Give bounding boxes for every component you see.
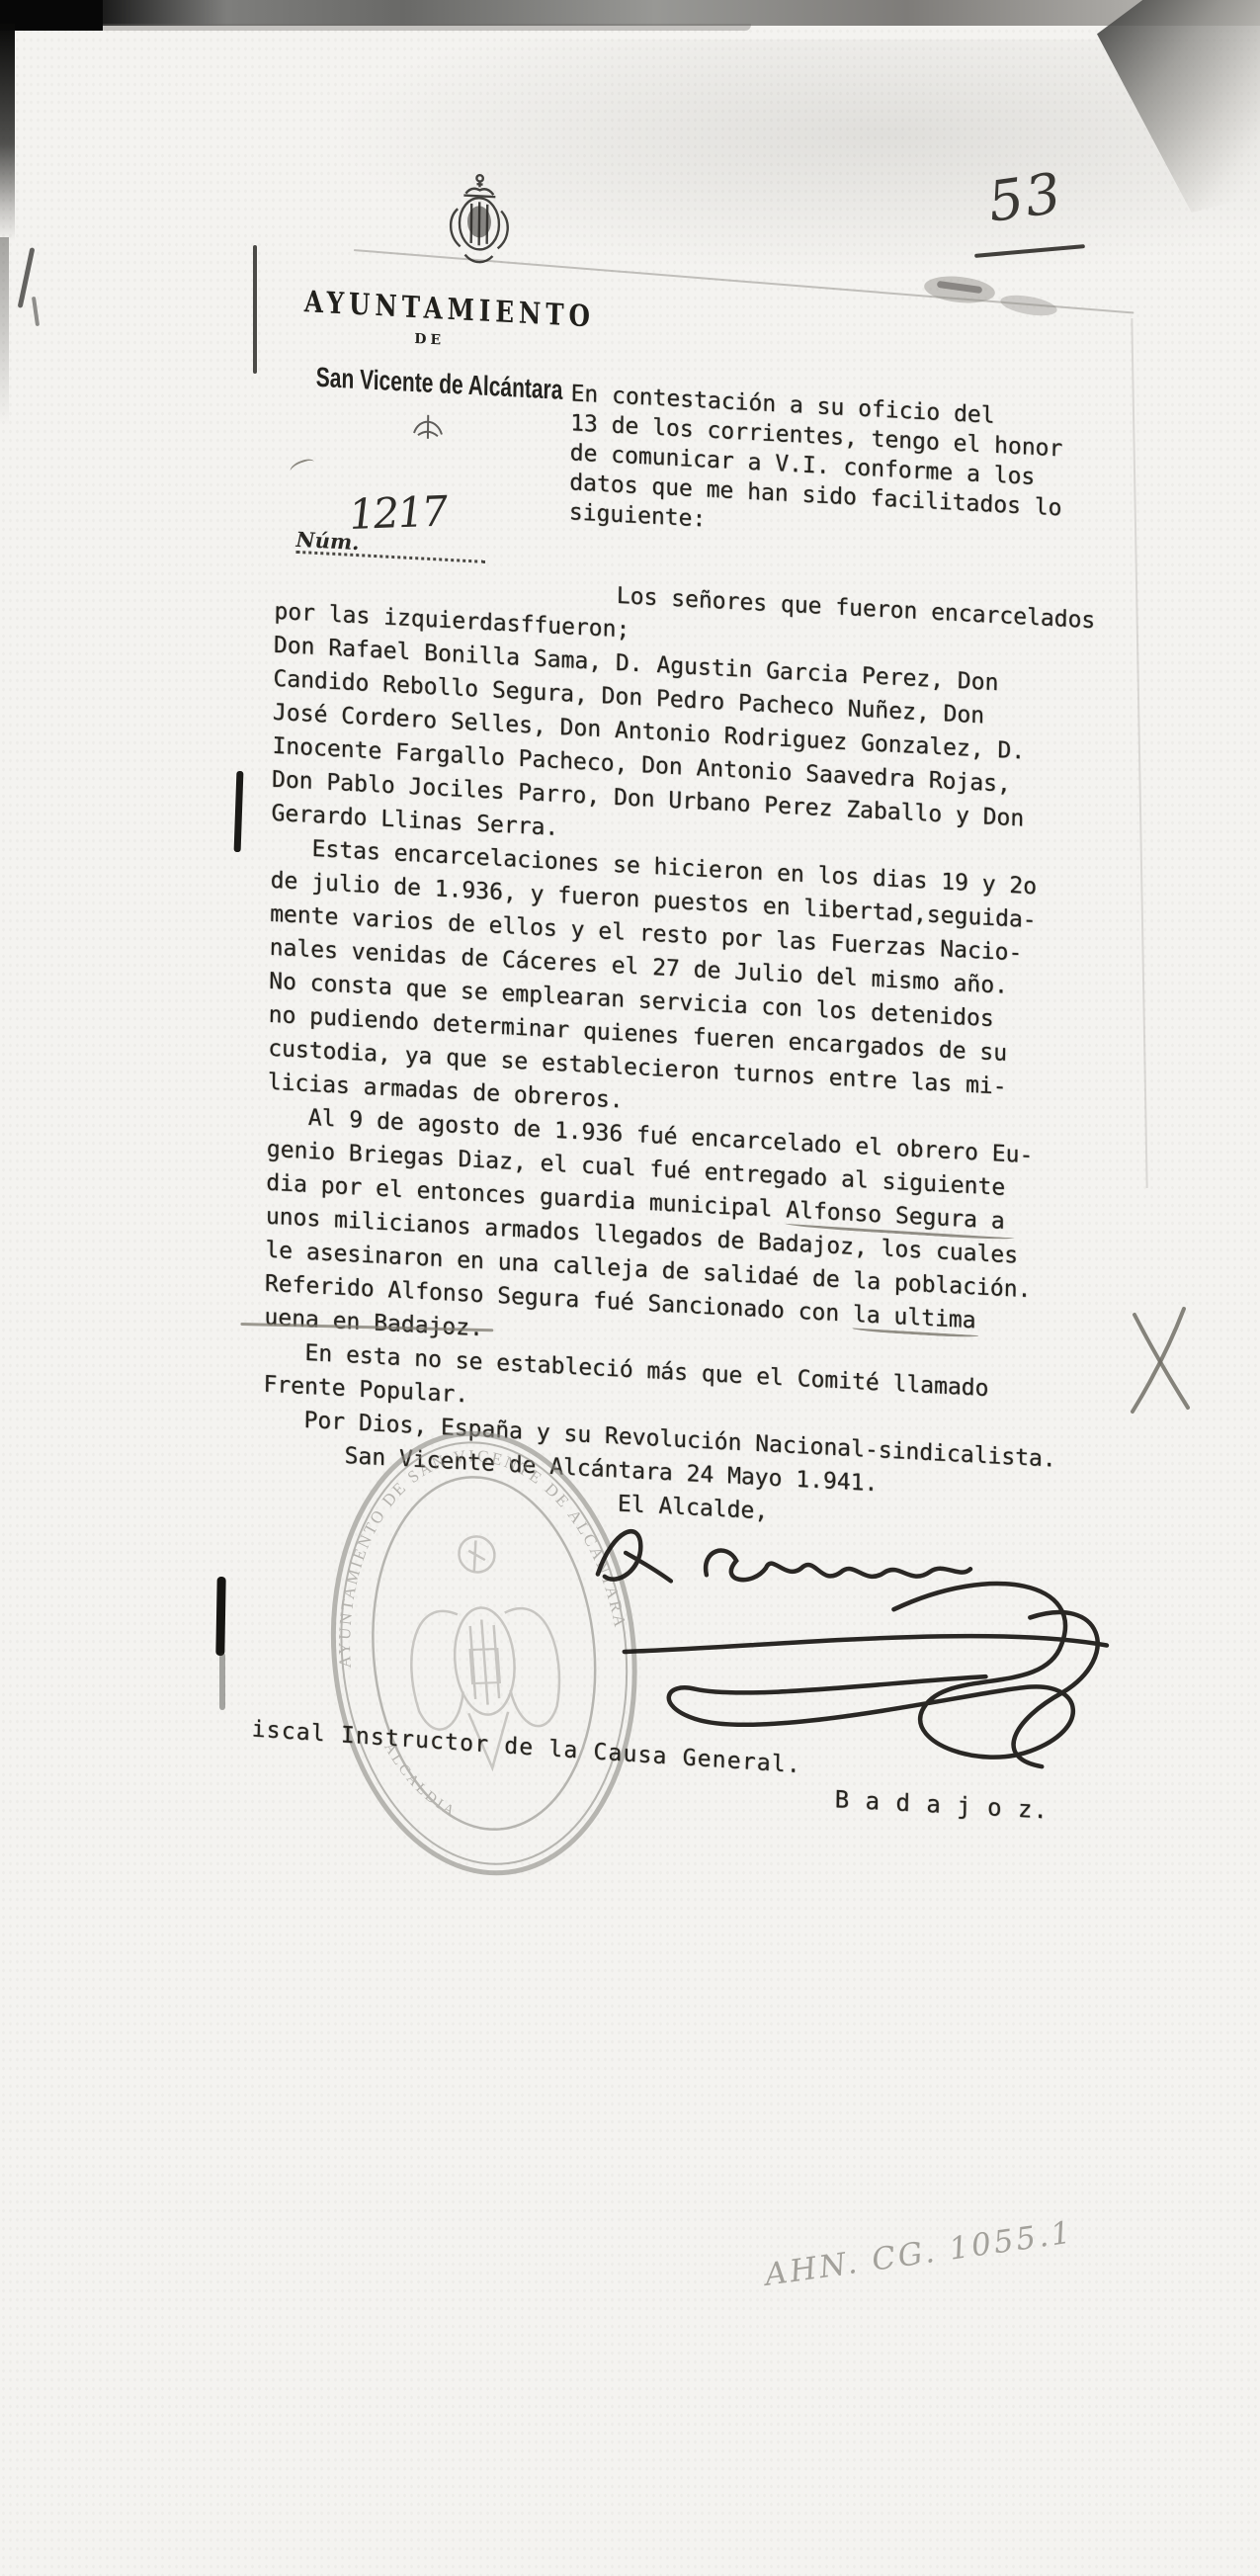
municipal-coat-of-arms-icon [443, 170, 515, 267]
scan-top-shadow-band [0, 0, 1260, 26]
intro-paragraph: En contestación a su oficio del13 de los… [569, 379, 1063, 553]
scan-left-edge-streak-2 [0, 237, 9, 425]
document-body: AYUNTAMIENTO DE San Vicente de Alcántara… [215, 148, 1117, 2467]
scan-left-mark-2 [32, 297, 40, 326]
alcalde-signature [565, 1499, 1136, 1783]
margin-ink-bar-2 [215, 1577, 225, 1656]
scan-top-shadow-fray [0, 24, 751, 31]
page-right-edge-shadow [1131, 318, 1147, 1188]
letterhead-municipality: San Vicente de Alcántara [316, 362, 563, 406]
pencil-x-mark [1127, 1303, 1196, 1417]
letterhead-flourish-icon [410, 411, 446, 443]
letterhead-connector: DE [414, 331, 445, 349]
scan-top-left-black-corner [0, 0, 103, 31]
footer-city-line: B a d a j o z. [835, 1785, 1050, 1824]
scan-left-edge-streak [0, 24, 15, 241]
letterhead-title: AYUNTAMIENTO [304, 285, 595, 334]
registry-number-handwritten: 1217 [347, 486, 448, 538]
typed-body: Los señores que fueron encarceladospor l… [262, 561, 1095, 1545]
scanned-document-page: { "scan": { "page_number": "53", "regist… [0, 0, 1260, 2576]
